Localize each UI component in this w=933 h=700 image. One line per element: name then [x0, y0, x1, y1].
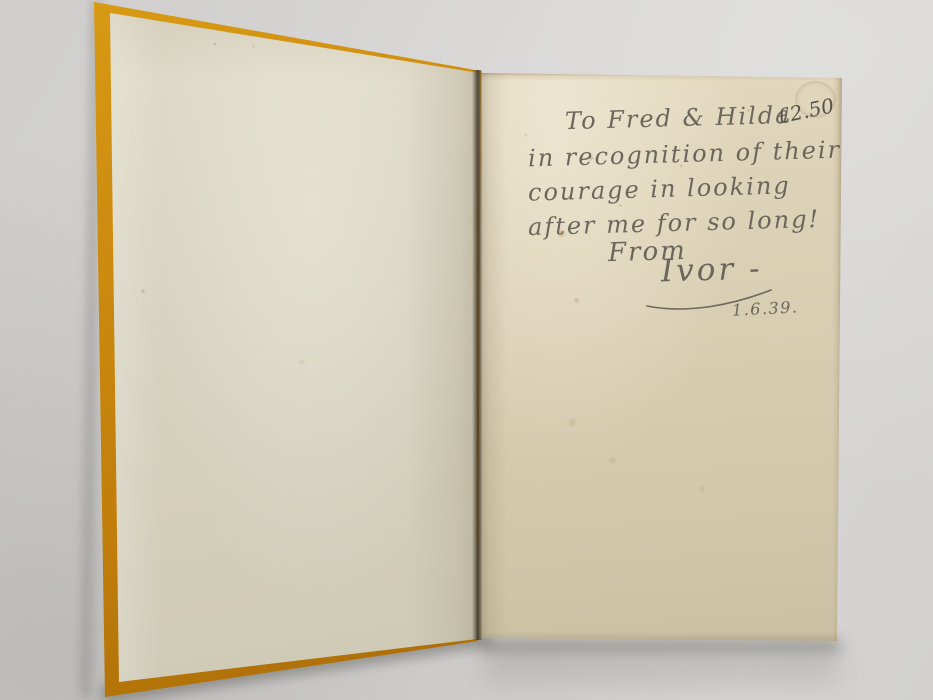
foxing-spot: [573, 297, 580, 304]
foxing-spot: [252, 45, 255, 48]
foxing-spot: [140, 288, 146, 294]
inscription-date: 1.6.39.: [732, 299, 799, 318]
right-flyleaf-page: £2.50 To Fred & Hilda in recognition of …: [477, 73, 842, 642]
foxing-spot: [298, 358, 306, 366]
book-gutter-crease: [472, 70, 482, 640]
book-photo: £2.50 To Fred & Hilda in recognition of …: [0, 0, 933, 700]
inscription-line: To Fred & Hilda: [565, 103, 792, 133]
foxing-spot: [588, 155, 594, 161]
inscription-signature: Ivor -: [661, 254, 763, 288]
foxing-spot: [747, 109, 750, 112]
foxing-spot: [524, 133, 528, 137]
foxing-spot: [698, 485, 706, 493]
inscription-line: courage in looking: [528, 173, 791, 204]
foxing-spot: [679, 164, 683, 168]
foxing-spot: [213, 42, 217, 46]
foxing-spot: [619, 204, 622, 207]
book-shadow: [484, 650, 838, 682]
foxing-spot: [608, 456, 617, 465]
foxing-spot: [567, 417, 578, 428]
left-pastedown-endpaper: [110, 13, 480, 683]
foxing-spot: [557, 229, 566, 238]
